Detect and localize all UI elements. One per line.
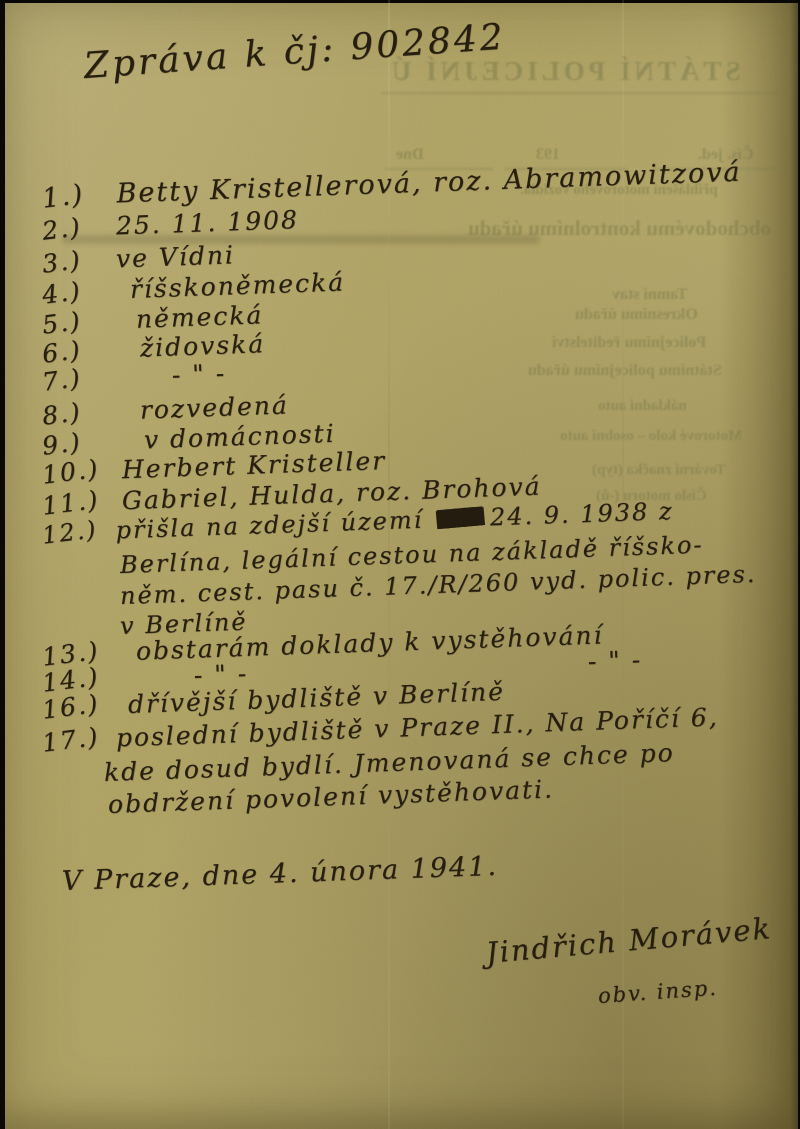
bleedthrough-dne: Dne: [396, 146, 424, 164]
item-text: ve Vídni: [115, 240, 235, 273]
item-text: německá: [135, 300, 263, 333]
bleedthrough-text: Státnímu policejnímu úřadu: [528, 362, 722, 380]
item-text: židovská: [139, 329, 265, 362]
item-text ditto-mark: - " -: [587, 645, 642, 676]
bleedthrough-text: nákladní auto: [598, 398, 687, 415]
bleedthrough-text: Okresnímu úřadu: [575, 306, 698, 324]
item-number: 7.): [40, 360, 107, 397]
item-number: 16.): [40, 688, 107, 725]
item-number: 2.): [40, 209, 107, 246]
bleedthrough-text: Motorové kolo – osobní auto: [560, 428, 742, 445]
item-text: rozvedená: [139, 390, 289, 424]
item-number: 17.): [40, 721, 107, 758]
bleedthrough-text: Policejnímu ředitelství: [552, 334, 706, 352]
item-number: 12.): [41, 514, 108, 550]
bleedthrough-rule: [382, 92, 792, 94]
item-text ditto-mark: - " -: [171, 359, 226, 390]
bleedthrough-year: 193: [536, 146, 560, 164]
bleedthrough-text: Tovární značka (typ): [592, 462, 726, 479]
crossed-out-text: █████: [437, 511, 480, 525]
